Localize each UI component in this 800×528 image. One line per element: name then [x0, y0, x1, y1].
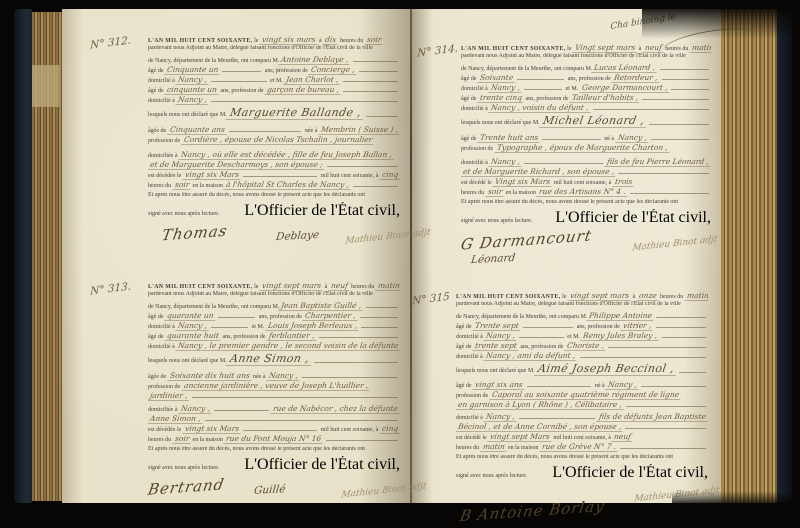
printed-text: domicilié à — [456, 354, 484, 360]
blank-line — [524, 89, 562, 90]
printed-text: domicilié à — [148, 78, 176, 84]
printed-text: pardevant nous Adjoint au Maire, délégué… — [461, 53, 686, 59]
form-line: âgé de Cinquante un ans, profession de C… — [148, 65, 400, 75]
handwritten-text: Vingt six Mars — [492, 177, 553, 187]
blank-line — [222, 71, 261, 72]
signature-block: Mathieu Binot adjtB Antoine Borlay — [456, 486, 708, 520]
form-line: âgé de Trente sept ans, profession de vi… — [456, 321, 708, 331]
blank-line — [211, 101, 398, 102]
printed-text: heures du — [339, 38, 365, 44]
handwritten-text: Marguerite Ballande , — [225, 106, 365, 120]
blank-line — [517, 79, 564, 80]
handwritten-text: Cinquante un — [164, 65, 221, 75]
handwritten-text: trente cinq — [477, 93, 524, 103]
signature-block: G DarmancourtMathieu Binot adjtLéonard — [461, 231, 711, 265]
form-line: lesquels nous ont déclaré que M.Michel L… — [461, 114, 711, 128]
form-line: en garnison à Lyon ( Rhône ) , Célibatai… — [456, 400, 708, 410]
form-line: âgé de trente sept ans, profession de Ch… — [456, 341, 708, 351]
blank-line — [229, 131, 302, 132]
blank-line — [343, 91, 398, 92]
register-entry-314: N° 314. L'an mil huit cent soixante, le … — [461, 43, 711, 265]
handwritten-text: trois — [612, 177, 635, 187]
blank-line — [656, 317, 706, 318]
printed-text: ans, profession de — [263, 68, 309, 74]
blank-line — [243, 176, 317, 177]
form-line: domicilié à Nancy , voisin du défunt , — [461, 103, 711, 113]
blank-line — [218, 317, 256, 318]
shadow-bottom-right — [672, 491, 792, 505]
printed-text: L'an mil huit cent soixante, — [461, 46, 566, 52]
signature: Bertrand — [146, 475, 226, 499]
signature-row: Léonard — [461, 251, 711, 265]
register-entry-312: N° 312. L'an mil huit cent soixante, le … — [148, 35, 400, 242]
printed-text: mil huit cent soixante, à — [319, 427, 380, 433]
handwritten-text: Nancy , — [489, 157, 523, 167]
handwritten-text: Soixante dix huit ans — [167, 371, 252, 381]
printed-text: et M. — [564, 86, 580, 92]
signature-block: BertrandGuilléMathieu Binot adjt — [148, 478, 400, 496]
printed-text: âgé de — [456, 344, 473, 350]
handwritten-text: neuf — [612, 432, 634, 442]
form-line: profession de Cordière , épouse de Nicol… — [148, 135, 400, 145]
printed-text: de Nancy, département de la Meurthe, ont… — [461, 66, 592, 72]
printed-text: née à — [252, 374, 268, 380]
form-line: L'an mil huit cent soixante, le vingt si… — [148, 35, 400, 45]
form-line: heures du soir en la maison rue du Pont … — [148, 434, 400, 444]
form-line: est décédé le Vingt six Mars mil huit ce… — [461, 177, 711, 187]
form-line: est décédée le vingt six Mars mil huit c… — [148, 424, 400, 434]
register-entry-315: N° 315 L'an mil huit cent soixante, le v… — [456, 291, 708, 520]
printed-text: est décédé le — [461, 180, 493, 186]
handwritten-text: Aimé Joseph Beccinol , — [533, 362, 678, 376]
handwritten-text: Philippe Antoine — [587, 311, 655, 321]
blank-line — [519, 418, 595, 419]
entry-body: L'an mil huit cent soixante, le vingt si… — [148, 35, 400, 220]
form-line: domicilié à Nancy , et M. George Darmanc… — [461, 83, 711, 93]
blank-line — [593, 109, 709, 110]
form-line: domicilié à Nancy , et M. Louis Joseph B… — [148, 321, 400, 331]
form-line: pardevant nous Adjoint au Maire, délégué… — [456, 301, 708, 311]
handwritten-text: matin , — [684, 291, 708, 301]
printed-text: Et après nous être assuré du décès, nous… — [461, 199, 678, 205]
blank-line — [353, 61, 398, 62]
blank-line — [662, 337, 706, 338]
signature: Deblaye — [275, 228, 320, 242]
handwritten-text: soir — [172, 434, 192, 444]
signature-row: BertrandGuilléMathieu Binot adjt — [148, 478, 400, 496]
blank-line — [641, 386, 706, 387]
printed-text: pardevant nous Adjoint au Maire, délégué… — [148, 45, 373, 51]
blank-line — [651, 139, 709, 140]
book-cover-left — [14, 9, 32, 503]
handwritten-text: fils de feu Pierre Léonard , — [604, 157, 711, 167]
printed-text: et M. — [566, 334, 582, 340]
printed-text: de Nancy, département de la Meurthe, ont… — [456, 314, 587, 320]
blank-line — [359, 71, 398, 72]
form-line: domicilié à Nancy , et M. Remy Jules Bra… — [456, 331, 708, 341]
book-gutter — [410, 9, 412, 503]
form-line: et de Marguerite Richard , son épouse , — [461, 167, 711, 177]
printed-text: âgé de — [461, 96, 478, 102]
printed-text: en la maison — [191, 183, 224, 189]
form-line: L'an mil huit cent soixante, le Vingt se… — [461, 43, 711, 53]
printed-text: domicilié à — [148, 324, 176, 330]
signature: Guillé — [254, 483, 287, 497]
printed-text: âgé de — [148, 88, 165, 94]
printed-text: profession de — [461, 146, 495, 152]
form-line: domicilié à Nancy , — [148, 95, 400, 105]
printed-text: lesquels nous ont déclaré que M. — [456, 368, 535, 374]
printed-text: ans, profession de — [566, 76, 612, 82]
printed-text: né à — [593, 383, 606, 389]
printed-text: heures du — [148, 183, 173, 189]
blank-line — [343, 81, 398, 82]
printed-text: âgé de — [456, 383, 473, 389]
form-line: est décédée le vingt six Mars mil huit c… — [148, 170, 400, 180]
page-edges-right — [721, 9, 777, 503]
form-line: heures du soir en la maison rue des Arti… — [461, 187, 711, 197]
blank-line — [211, 327, 248, 328]
form-line: âgé de vingt six ans né à Nancy , — [456, 380, 708, 390]
handwritten-text: rue du Pont Mouja N° 16 — [224, 434, 325, 444]
form-line: âgée de Cinquante ans née à Membrin ( Su… — [148, 125, 400, 135]
printed-text: en la maison — [504, 190, 537, 196]
handwritten-text: Nancy , — [176, 95, 210, 105]
form-line: Bécinol , et de Anne Cornibé , son épous… — [456, 422, 708, 432]
form-line: lesquels nous ont déclaré que M.Aimé Jos… — [456, 362, 708, 376]
printed-text: pardevant nous Adjoint au Maire, délégué… — [148, 291, 373, 297]
printed-text: heures du — [350, 284, 376, 290]
printed-text: lesquels nous ont déclaré que M. — [148, 112, 227, 118]
printed-text: et M. — [269, 78, 285, 84]
printed-text: domicilié à — [461, 160, 489, 166]
blank-line — [214, 410, 269, 411]
blank-line — [524, 163, 603, 164]
signature: B Antoine Borlay — [459, 496, 607, 524]
printed-text: âgé de — [148, 314, 165, 320]
printed-text: heures du — [664, 46, 690, 52]
blank-line — [327, 166, 398, 167]
form-line: domiciliée à Nancy , où elle est décédée… — [148, 150, 400, 160]
blank-line — [542, 139, 600, 140]
form-line: Anne Simon , — [148, 414, 400, 424]
handwritten-text: Trente sept — [472, 321, 521, 331]
blank-line — [660, 69, 709, 70]
handwritten-text: vingt six Mars — [182, 170, 242, 180]
blank-line — [326, 440, 398, 441]
blank-line — [618, 173, 709, 174]
handwritten-text: vingt sept mars — [567, 291, 632, 301]
form-line: profession de Caporal au soixante quatri… — [456, 390, 708, 400]
printed-text: ans, profession de — [257, 314, 303, 320]
form-line: âgé de cinquante un ans, profession de g… — [148, 85, 400, 95]
form-line: profession de Typographe , époux de Marg… — [461, 143, 711, 153]
printed-text: L'Officier de l'État civil, — [555, 209, 711, 227]
handwritten-text: cinq — [379, 170, 400, 180]
printed-text: domicilié à — [461, 106, 489, 112]
printed-text: L'an mil huit cent soixante, — [456, 294, 561, 300]
printed-text: domicilié à — [461, 86, 489, 92]
form-line: âgée de Soixante dix huit ans née à Nanc… — [148, 371, 400, 381]
form-line: est décédé le vingt sept Mars mil huit c… — [456, 432, 708, 442]
handwritten-text: vingt sept Mars — [487, 432, 552, 442]
form-line: Et après nous être assuré du décès, nous… — [456, 454, 708, 464]
entry-body: L'an mil huit cent soixante, le vingt se… — [456, 291, 708, 482]
blank-line — [360, 317, 398, 318]
printed-text: domicilié à — [148, 344, 176, 350]
handwritten-text: Nancy , — [615, 133, 649, 143]
handwritten-text: Nancy , où elle est décédée , fille de f… — [178, 150, 394, 160]
handwritten-text: cinquante un — [164, 85, 219, 95]
form-line: âgé de quarante huit ans, profession de … — [148, 331, 400, 341]
form-line: âgé de quarante un ans, profession de Ch… — [148, 311, 400, 321]
handwritten-text: Nancy , — [484, 331, 518, 341]
form-line: pardevant nous Adjoint au Maire, délégué… — [148, 45, 400, 55]
printed-text: est décédée le — [148, 173, 183, 179]
handwritten-text: et de Marguerite Descharmoys , son épous… — [148, 160, 325, 170]
entry-body: L'an mil huit cent soixante, le Vingt se… — [461, 43, 711, 227]
printed-text: L'Officier de l'État civil, — [244, 456, 400, 474]
blank-line — [630, 193, 709, 194]
signature-block: ThomasDeblayeMathieu Binot adjt — [148, 224, 400, 242]
form-line: de Nancy, département de la Meurthe, ont… — [461, 63, 711, 73]
handwritten-text: Choriste , — [564, 341, 607, 351]
printed-text: en la maison — [191, 437, 224, 443]
blank-line — [642, 99, 709, 100]
handwritten-text: Lucas Léonard , — [592, 63, 659, 73]
handwritten-text: Jean Charlot , — [284, 75, 342, 85]
handwritten-text: vitrier , — [621, 321, 655, 331]
blank-line — [211, 81, 266, 82]
handwritten-text: Trente huit ans — [477, 133, 541, 143]
form-line: âgé de trente cinq ans, profession de Ta… — [461, 93, 711, 103]
blank-line — [205, 420, 398, 421]
form-line: de Nancy, département de la Meurthe, ont… — [456, 311, 708, 321]
page-edge-clasp — [32, 65, 59, 107]
printed-text: signé avec nous après lecture. — [148, 465, 219, 471]
form-line: et de Marguerite Descharmoys , son épous… — [148, 160, 400, 170]
form-line: de Nancy, département de la Meurthe, ont… — [148, 55, 400, 65]
printed-text: de Nancy, département de la Meurthe, ont… — [148, 304, 279, 310]
blank-line — [608, 347, 706, 348]
printed-text: domiciliée à — [148, 153, 179, 159]
printed-text: domiciliée à — [148, 407, 179, 413]
book-cover-right — [777, 9, 792, 503]
printed-text: lesquels nous ont déclaré que M. — [148, 358, 227, 364]
printed-text: et M. — [250, 324, 266, 330]
printed-text: âgé de — [461, 76, 478, 82]
form-line: Et après nous être assuré du décès, nous… — [148, 192, 400, 202]
form-line: domicilié à Nancy , le premier gendre , … — [148, 341, 400, 351]
blank-line — [519, 337, 563, 338]
form-line: jardinier , — [148, 391, 400, 401]
handwritten-text: Nancy , — [606, 380, 640, 390]
printed-text: signé avec nous après lecture. — [461, 218, 532, 224]
handwritten-text: Cordière , épouse de Nicolas Tschalin , … — [181, 135, 375, 145]
printed-text: pardevant nous Adjoint au Maire, délégué… — [456, 301, 681, 307]
blank-line — [361, 327, 398, 328]
printed-text: ans, profession de — [524, 96, 570, 102]
handwritten-text: neuf — [642, 43, 664, 53]
printed-text: heures du — [456, 445, 481, 451]
printed-text: âgée de — [148, 374, 168, 380]
handwritten-text: rue des Artisans N° 4 . — [537, 187, 629, 197]
printed-text: née à — [303, 128, 319, 134]
blank-line — [649, 124, 709, 125]
signature: Thomas — [160, 221, 229, 244]
handwritten-text: trente sept — [472, 341, 519, 351]
printed-text: L'Officier de l'État civil, — [244, 202, 400, 220]
handwritten-text: rue de Grève N° 7 . — [539, 442, 619, 452]
blank-line — [319, 337, 398, 338]
handwritten-text: vingt sept mars — [259, 281, 324, 291]
printed-text: signé avec nous après lecture. — [456, 473, 527, 479]
printed-text: ans, profession de — [219, 88, 265, 94]
form-line: âgé de Trente huit ans né à Nancy , — [461, 133, 711, 143]
handwritten-text: Michel Léonard , — [538, 114, 648, 128]
printed-text: né à — [603, 136, 616, 142]
printed-text: de Nancy, département de la Meurthe, ont… — [148, 58, 279, 64]
blank-line — [626, 406, 706, 407]
handwritten-text: Nancy , le premier gendre , le second vo… — [176, 341, 400, 351]
blank-line — [679, 372, 706, 373]
blank-line — [366, 116, 398, 117]
handwritten-text: quarante un — [164, 311, 216, 321]
handwritten-text: et de Marguerite Richard , son épouse , — [461, 167, 617, 177]
handwritten-text: Nancy , — [489, 83, 523, 93]
form-line: L'an mil huit cent soixante, le vingt se… — [148, 281, 400, 291]
printed-text: Et après nous être assuré du décès, nous… — [456, 454, 673, 460]
printed-text: mil huit cent soixante, à — [319, 173, 380, 179]
handwritten-text: Louis Joseph Berleaux , — [265, 321, 360, 331]
blank-line — [366, 307, 398, 308]
printed-text: profession de — [148, 384, 182, 390]
blank-line — [314, 362, 398, 363]
printed-text: heures du — [461, 190, 486, 196]
handwritten-text: Nancy , — [266, 371, 300, 381]
printed-text: âgé de — [148, 334, 165, 340]
form-line: Et après nous être assuré du décès, nous… — [148, 446, 400, 456]
handwritten-text: Vingt sept mars — [572, 43, 638, 53]
form-line: de Nancy, département de la Meurthe, ont… — [148, 301, 400, 311]
handwritten-text: Bécinol , et de Anne Cornibé , son épous… — [456, 422, 624, 432]
blank-line — [662, 79, 709, 80]
handwritten-text: onze — [636, 291, 659, 301]
handwritten-text: Retordeur , — [612, 73, 661, 83]
form-line: pardevant nous Adjoint au Maire, délégué… — [148, 291, 400, 301]
printed-text: ans, profession de — [221, 334, 267, 340]
printed-text: est décédée le — [148, 427, 183, 433]
blank-line — [625, 428, 706, 429]
form-line: Et après nous être assuré du décès, nous… — [461, 199, 711, 209]
printed-text: signé avec nous après lecture. — [148, 211, 219, 217]
handwritten-text: Nancy , — [178, 404, 212, 414]
handwritten-text: George Darmancourt , — [579, 83, 670, 93]
printed-text: Et après nous être assuré du décès, nous… — [148, 446, 365, 452]
handwritten-text: soir — [485, 187, 505, 197]
form-line: heures du soir en la maison à l'hôpital … — [148, 180, 400, 190]
form-line: lesquels nous ont déclaré que M.Margueri… — [148, 106, 400, 120]
form-line: heures du matin en la maison rue de Grèv… — [456, 442, 708, 452]
handwritten-text: Nancy , — [176, 75, 210, 85]
handwritten-text: rue de Nabécor , chez la défunte — [271, 404, 400, 414]
form-line: lesquels nous ont déclaré que M.Anne Sim… — [148, 352, 400, 366]
blank-line — [302, 377, 398, 378]
blank-line — [243, 430, 317, 431]
form-line: âgé de Soixante ans, profession de Retor… — [461, 73, 711, 83]
signature: Léonard — [470, 251, 516, 265]
handwritten-text: vingt six mars — [259, 35, 318, 45]
handwritten-text: Antoine Deblaye , — [279, 55, 352, 65]
blank-line — [580, 357, 706, 358]
printed-text: âgé de — [461, 136, 478, 142]
handwritten-text: Nancy , — [176, 321, 210, 331]
handwritten-text: fils de défunts Jean Baptiste — [596, 412, 708, 422]
signature: G Darmancourt — [460, 226, 594, 253]
handwritten-text: ancienne jardinière , veuve de Joseph L'… — [181, 381, 371, 391]
printed-text: domicilié à — [456, 334, 484, 340]
blank-line — [523, 327, 573, 328]
handwritten-text: Membrin ( Suisse ) , — [318, 125, 400, 135]
handwritten-text: dix — [322, 35, 339, 45]
handwritten-text: ferblantier , — [266, 331, 317, 341]
printed-text: mil huit cent soixante, à — [552, 180, 613, 186]
form-line: L'an mil huit cent soixante, le vingt se… — [456, 291, 708, 301]
blank-line — [353, 186, 398, 187]
printed-text: profession de — [456, 393, 490, 399]
handwritten-text: quarante huit — [164, 331, 221, 341]
handwritten-text: matin , — [375, 281, 400, 291]
printed-text: ans, profession de — [519, 344, 565, 350]
printed-text: heures du — [148, 437, 173, 443]
printed-text: âgé de — [456, 324, 473, 330]
printed-text: en la maison — [507, 445, 540, 451]
handwritten-text: vingt six ans — [472, 380, 525, 390]
printed-text: ans, profession de — [575, 324, 621, 330]
handwritten-text: Charpentier , — [303, 311, 359, 321]
handwritten-text: Concierge , — [309, 65, 358, 75]
handwritten-text: Anne Simon , — [148, 414, 203, 424]
handwritten-text: Caporal au soixante quatrième régiment d… — [489, 390, 682, 400]
printed-text: Et après nous être assuré du décès, nous… — [148, 192, 365, 198]
handwritten-text: Typographe , époux de Marguerite Charton… — [494, 143, 670, 153]
form-line: signé avec nous après lecture.L'Officier… — [461, 209, 711, 227]
shadow-top-right — [642, 9, 792, 39]
printed-text: L'an mil huit cent soixante, — [148, 38, 253, 44]
form-line: signé avec nous après lecture.L'Officier… — [148, 202, 400, 220]
entry-body: L'an mil huit cent soixante, le vingt se… — [148, 281, 400, 474]
handwritten-text: garçon de bureau , — [264, 85, 342, 95]
handwritten-text: vingt six Mars — [182, 424, 242, 434]
form-line: domicilié à Nancy ,fils de défunts Jean … — [456, 412, 708, 422]
handwritten-text: cinq — [379, 424, 400, 434]
handwritten-text: jardinier , — [148, 391, 190, 401]
register-entry-313: N° 313. L'an mil huit cent soixante, le … — [148, 281, 400, 496]
printed-text: L'an mil huit cent soixante, — [148, 284, 253, 290]
handwritten-text: en garnison à Lyon ( Rhône ) , Célibatai… — [456, 400, 625, 410]
printed-text: est décédé le — [456, 435, 488, 441]
register-book: Cha binoing le N° 312. L'an mil huit cen… — [14, 9, 792, 503]
handwritten-text: Jean Baptiste Guillé , — [279, 301, 365, 311]
handwritten-text: soir — [172, 180, 192, 190]
handwritten-text: Soixante — [477, 73, 515, 83]
printed-text: heures du — [659, 294, 685, 300]
printed-text: profession de — [148, 138, 182, 144]
blank-line — [656, 327, 706, 328]
form-line: signé avec nous après lecture.L'Officier… — [456, 464, 708, 482]
blank-line — [527, 386, 592, 387]
handwritten-text: Remy Jules Braley , — [581, 331, 661, 341]
